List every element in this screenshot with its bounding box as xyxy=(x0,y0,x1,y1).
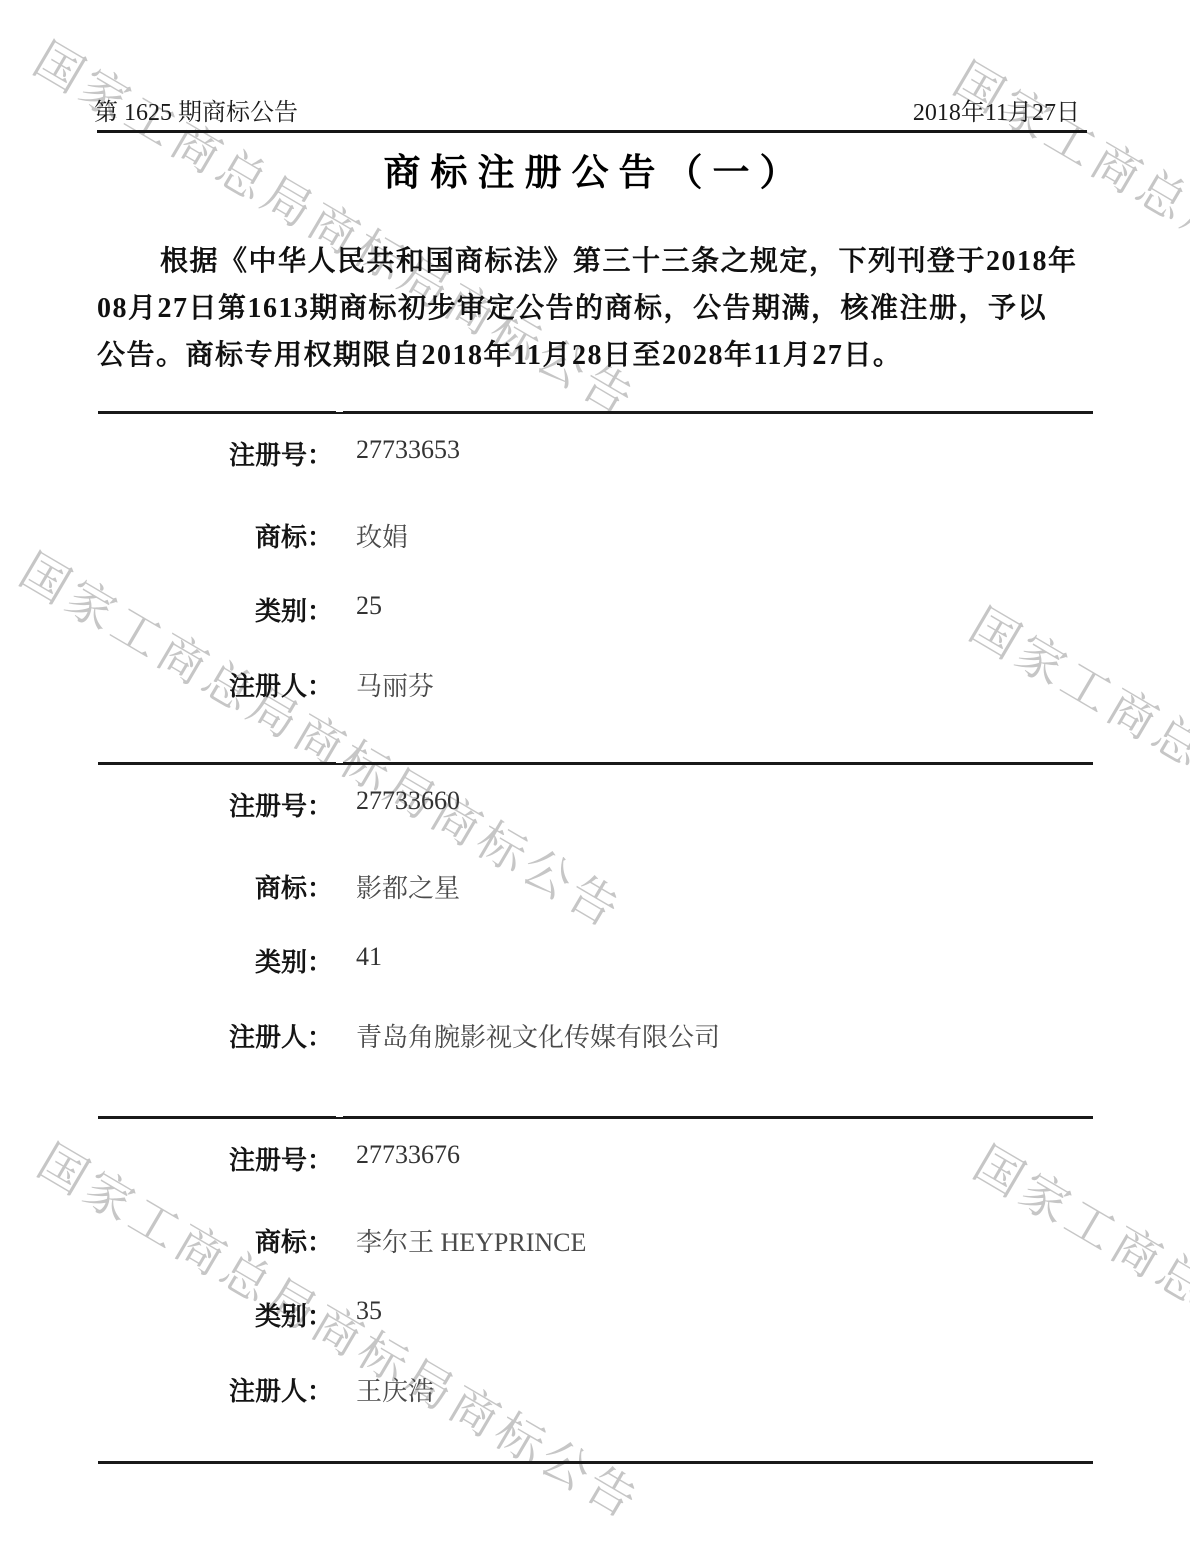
registration-number-label: 注册号： xyxy=(97,435,333,472)
registrant-value: 青岛角腕影视文化传媒有限公司 xyxy=(356,1017,720,1054)
class-row: 类别： 41 xyxy=(0,942,1190,978)
registrant-row: 注册人： 青岛角腕影视文化传媒有限公司 xyxy=(0,1017,1190,1053)
trademark-entry: 注册号： 27733676 商标： 李尔王 HEYPRINCE 类别： 35 注… xyxy=(0,1116,1190,1446)
registrant-label: 注册人： xyxy=(97,666,333,703)
trademark-row: 商标： 影都之星 xyxy=(0,868,1190,904)
trademark-value: 玫娟 xyxy=(356,517,408,554)
registration-number-row: 注册号： 27733676 xyxy=(0,1140,1190,1176)
intro-line: 根据《中华人民共和国商标法》第三十三条之规定，下列刊登于2018年 xyxy=(97,238,1093,285)
registration-number-row: 注册号： 27733653 xyxy=(0,435,1190,471)
class-label: 类别： xyxy=(97,1296,333,1333)
gazette-date: 2018年11月27日 xyxy=(913,92,1080,127)
registrant-row: 注册人： 马丽芬 xyxy=(0,666,1190,702)
class-label: 类别： xyxy=(97,942,333,979)
trademark-entry: 注册号： 27733660 商标： 影都之星 类别： 41 注册人： 青岛角腕影… xyxy=(0,762,1190,1092)
registration-number-value: 27733653 xyxy=(356,435,460,465)
registrant-row: 注册人： 王庆浩 xyxy=(0,1371,1190,1407)
intro-paragraph: 根据《中华人民共和国商标法》第三十三条之规定，下列刊登于2018年 08月27日… xyxy=(97,238,1093,379)
class-label: 类别： xyxy=(97,591,333,628)
trademark-label: 商标： xyxy=(97,1222,333,1259)
trademark-label: 商标： xyxy=(97,868,333,905)
intro-line: 08月27日第1613期商标初步审定公告的商标，公告期满，核准注册，予以 xyxy=(97,285,1093,332)
registration-number-label: 注册号： xyxy=(97,1140,333,1177)
registrant-value: 马丽芬 xyxy=(356,666,434,703)
class-value: 25 xyxy=(356,591,382,621)
gazette-issue-number: 第 1625 期商标公告 xyxy=(94,92,298,127)
trademark-value: 影都之星 xyxy=(356,868,460,905)
class-row: 类别： 35 xyxy=(0,1296,1190,1332)
registrant-label: 注册人： xyxy=(97,1017,333,1054)
gazette-page: 国家工商总局商标局商标公告 国家工商总局商标局商标公告 国家工商总局商标局商标公… xyxy=(0,0,1190,1564)
registrant-value: 王庆浩 xyxy=(356,1371,434,1408)
section-divider xyxy=(98,1461,1093,1464)
registration-number-value: 27733676 xyxy=(356,1140,460,1170)
registration-number-value: 27733660 xyxy=(356,786,460,816)
intro-line: 公告。商标专用权期限自2018年11月28日至2028年11月27日。 xyxy=(97,332,1093,379)
registrant-label: 注册人： xyxy=(97,1371,333,1408)
page-title: 商标注册公告（一） xyxy=(97,142,1093,196)
class-value: 35 xyxy=(356,1296,382,1326)
trademark-value: 李尔王 HEYPRINCE xyxy=(356,1222,586,1259)
class-value: 41 xyxy=(356,942,382,972)
trademark-label: 商标： xyxy=(97,517,333,554)
trademark-entry: 注册号： 27733653 商标： 玫娟 类别： 25 注册人： 马丽芬 xyxy=(0,411,1190,741)
trademark-row: 商标： 李尔王 HEYPRINCE xyxy=(0,1222,1190,1258)
registration-number-row: 注册号： 27733660 xyxy=(0,786,1190,822)
registration-number-label: 注册号： xyxy=(97,786,333,823)
header-rule xyxy=(97,130,1087,133)
class-row: 类别： 25 xyxy=(0,591,1190,627)
trademark-row: 商标： 玫娟 xyxy=(0,517,1190,553)
